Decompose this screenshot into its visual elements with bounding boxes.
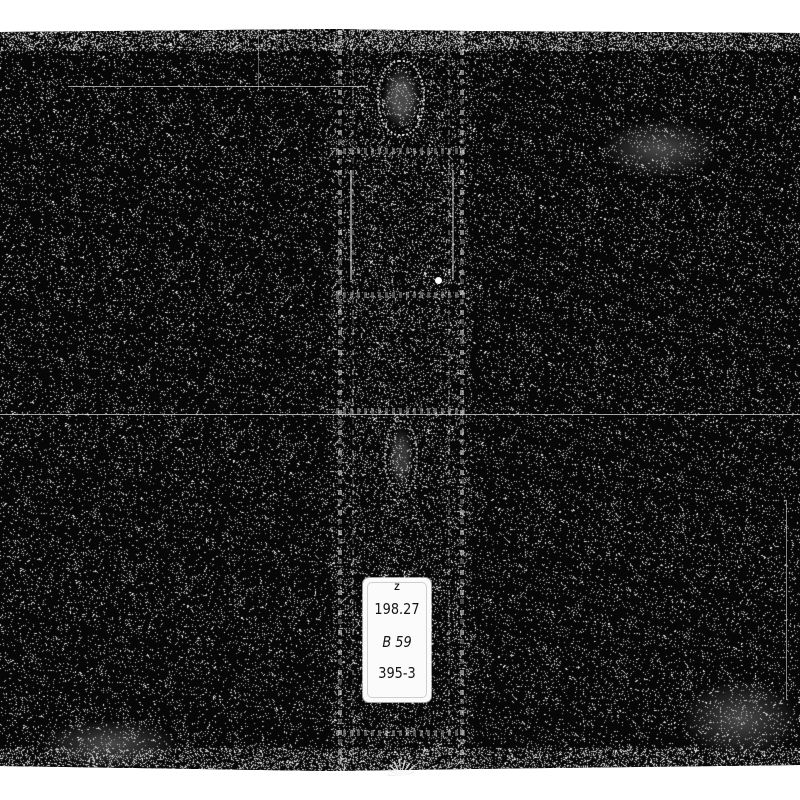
scan-artifact-line	[258, 30, 259, 90]
wear-mark	[680, 679, 800, 759]
spine-fillet-left	[352, 30, 354, 770]
floral-lozenge-icon	[377, 60, 425, 136]
scan-artifact-line	[786, 500, 787, 700]
classification-number: 198.27	[368, 600, 426, 618]
spine-fillet-right	[448, 30, 450, 770]
spine-hinge-right	[460, 30, 464, 770]
spine-hinge-left	[338, 30, 342, 770]
accession-number: 395-3	[368, 664, 426, 682]
label-mark: Z	[363, 582, 431, 592]
scan-artifact-line	[68, 86, 368, 87]
fan-ornament-icon	[388, 758, 414, 776]
wear-mark	[40, 719, 180, 769]
spine-spot	[435, 277, 442, 284]
wear-mark	[600, 119, 720, 179]
floral-lozenge-icon	[384, 420, 418, 494]
cutter-number: B 59	[368, 633, 426, 651]
spine-band	[336, 148, 466, 154]
library-call-number-label: Z 198.27 B 59 395-3	[363, 578, 431, 702]
spine-title-panel	[350, 170, 454, 280]
spine-band	[336, 292, 466, 298]
spine-band	[336, 730, 466, 736]
spine-band	[336, 408, 466, 414]
